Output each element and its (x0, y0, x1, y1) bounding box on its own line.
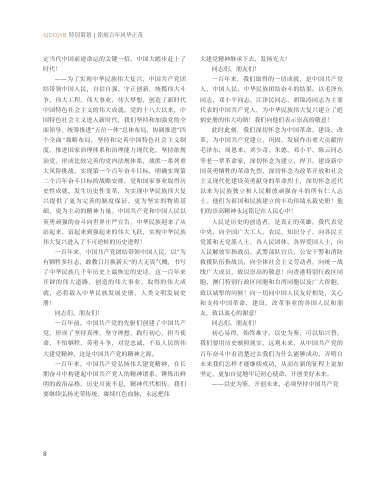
paragraph: 大建党精神继承下去、发扬光大！ (200, 55, 343, 65)
paragraph: 同志们、朋友们！ (200, 319, 343, 329)
header-section: 特别策划 (69, 33, 92, 39)
paragraph: 定当代中国前途命运的关键一招，中国大踏步赶上了时代！ (43, 55, 186, 75)
paragraph: ——以史为鉴、开创未来，必须坚持中国共产党 (200, 380, 343, 390)
paragraph: 此时此刻，我们深切怀念为中国革命、建设、改革，为中国共产党建立、巩固、发展作出重… (200, 126, 343, 217)
left-column: 定当代中国前途命运的关键一招，中国大踏步赶上了时代！ ——为了实现中华民族伟大复… (43, 55, 186, 400)
paragraph: 一百年来，我们取得的一切成就，是中国共产党人、中国人民、中华民族团结奋斗的结果。… (200, 75, 343, 126)
paragraph: 一百年来，中国共产党团结带领中国人民，以“为有牺牲多壮志，敢教日月换新天”的大无… (43, 248, 186, 309)
page-number: 8 (43, 451, 47, 458)
paragraph: 初心易得，始终难守。以史为鉴，可以知兴替。我们要用历史映照现实、远观未来，从中国… (200, 329, 343, 380)
right-column: 大建党精神继承下去、发扬光大！ 同志们、朋友们！ 一百年来，我们取得的一切成就，… (200, 55, 343, 390)
paragraph: 同志们、朋友们！ (43, 309, 186, 319)
running-header: SJDDJYB 特别策划 | 铭刻百年风华正茂 (43, 31, 143, 39)
paragraph: 一百年来，中国共产党弘扬伟大建党精神，在长期奋斗中构建起中国共产党人的精神谱系，… (43, 360, 186, 401)
paragraph: ——为了实现中华民族伟大复兴，中国共产党团结带领中国人民，自信自强、守正创新，统… (43, 75, 186, 248)
header-separator: | (93, 33, 95, 39)
header-topic: 铭刻百年风华正茂 (97, 33, 143, 39)
paragraph: 人民是历史的创造者，是真正的英雄。我代表党中央，向全国广大工人、农民、知识分子，… (200, 218, 343, 320)
header-brand: SJDDJYB (43, 33, 67, 39)
paragraph: 一百年前，中国共产党的先驱们创建了中国共产党，形成了坚持真理、坚守理想，践行初心… (43, 319, 186, 360)
paragraph: 同志们、朋友们！ (200, 65, 343, 75)
